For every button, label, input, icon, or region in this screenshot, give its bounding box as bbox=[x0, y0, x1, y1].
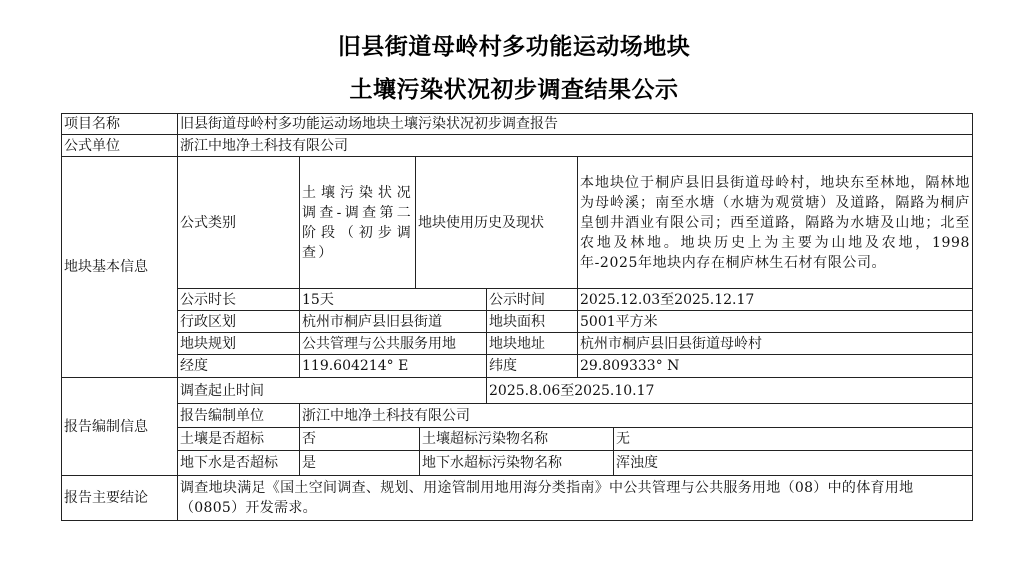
planning-label: 地块规划 bbox=[177, 332, 300, 355]
project-name-value: 旧县街道母岭村多功能运动场地块土壤污染状况初步调查报告 bbox=[177, 113, 973, 135]
period-value: 2025.12.03至2025.12.17 bbox=[577, 288, 973, 311]
survey-period-label: 调查起止时间 bbox=[177, 377, 487, 404]
address-value: 杭州市桐庐县旧县街道母岭村 bbox=[577, 332, 973, 355]
results-table: 项目名称 旧县街道母岭村多功能运动场地块土壤污染状况初步调查报告 公式单位 浙江… bbox=[0, 0, 1028, 561]
soil-exceed-label: 土壤是否超标 bbox=[177, 427, 300, 451]
compiler-value: 浙江中地净土科技有限公司 bbox=[299, 403, 973, 428]
history-label: 地块使用历史及现状 bbox=[415, 156, 578, 289]
district-value: 杭州市桐庐县旧县街道 bbox=[299, 310, 487, 333]
address-label: 地块地址 bbox=[486, 332, 578, 355]
duration-label: 公示时长 bbox=[177, 288, 300, 311]
history-value: 本地块位于桐庐县旧县街道母岭村，地块东至林地，隔林地为母岭溪；南至水塘（水塘为观… bbox=[577, 156, 973, 289]
groundwater-pollutant-label: 地下水超标污染物名称 bbox=[419, 450, 614, 476]
longitude-label: 经度 bbox=[177, 354, 300, 378]
survey-period-value: 2025.8.06至2025.10.17 bbox=[486, 377, 973, 404]
publisher-label: 公式单位 bbox=[61, 134, 178, 157]
area-label: 地块面积 bbox=[486, 310, 578, 333]
soil-exceed-value: 否 bbox=[299, 427, 420, 451]
project-name-label: 项目名称 bbox=[61, 113, 178, 135]
publisher-value: 浙江中地净土科技有限公司 bbox=[177, 134, 973, 157]
publicity-type-value: 土壤污染状况调查-调查第二阶段（初步调查） bbox=[299, 156, 416, 289]
longitude-value: 119.604214° E bbox=[299, 354, 487, 378]
groundwater-exceed-label: 地下水是否超标 bbox=[177, 450, 300, 476]
basic-info-section-label: 地块基本信息 bbox=[61, 156, 178, 378]
planning-value: 公共管理与公共服务用地 bbox=[299, 332, 487, 355]
publicity-type-label: 公式类别 bbox=[177, 156, 300, 289]
groundwater-pollutant-value: 浑浊度 bbox=[613, 450, 973, 476]
period-label: 公示时间 bbox=[486, 288, 578, 311]
groundwater-exceed-value: 是 bbox=[299, 450, 420, 476]
latitude-label: 纬度 bbox=[486, 354, 578, 378]
latitude-value: 29.809333° N bbox=[577, 354, 973, 378]
district-label: 行政区划 bbox=[177, 310, 300, 333]
conclusion-label: 报告主要结论 bbox=[61, 475, 178, 521]
duration-value: 15天 bbox=[299, 288, 487, 311]
compiler-label: 报告编制单位 bbox=[177, 403, 300, 428]
conclusion-value: 调查地块满足《国土空间调查、规划、用途管制用地用海分类指南》中公共管理与公共服务… bbox=[177, 475, 973, 521]
report-info-section-label: 报告编制信息 bbox=[61, 377, 178, 476]
soil-pollutant-label: 土壤超标污染物名称 bbox=[419, 427, 614, 451]
soil-pollutant-value: 无 bbox=[613, 427, 973, 451]
area-value: 5001平方米 bbox=[577, 310, 973, 333]
